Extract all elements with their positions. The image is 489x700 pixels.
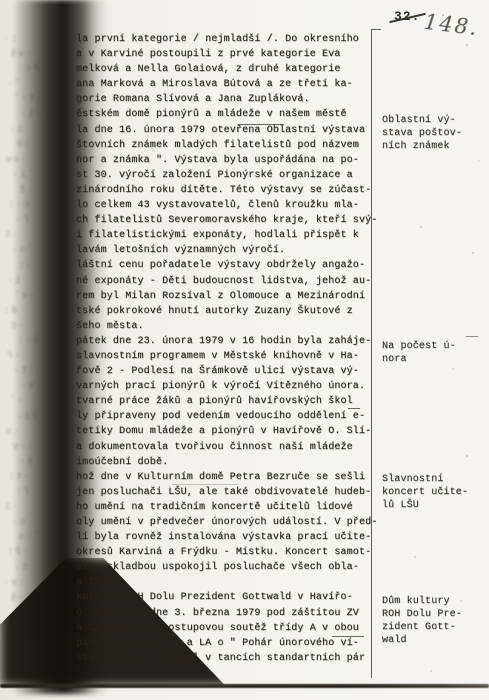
margin-note-culture-house: Dům kultury ROH Dolu Pre- zident Gott- w…	[382, 595, 462, 647]
typewritten-body-text: la první kategorie / nejmladší /. Do okr…	[76, 32, 377, 666]
page-number-handwritten: 148.	[423, 10, 480, 40]
ink-underline-artifact	[332, 636, 364, 637]
faint-underline-artifact	[172, 484, 238, 485]
margin-note-february-honor: Na počest ú- nora	[382, 340, 456, 366]
margin-rule-line	[371, 30, 372, 678]
scanned-chronicle-page: :··všřc:ˇ·t-ˇ·l·š·:ě·ovˇi··žc·:ř··tˇs··:…	[0, 0, 489, 700]
page-bottom-rule	[0, 684, 489, 688]
typed-underscore-artifact	[348, 408, 360, 409]
margin-rule-tick	[371, 29, 381, 30]
margin-note-stamp-exhibition: Oblastní vý- stava poštov- ních známek	[382, 114, 462, 153]
ink-dash-artifact	[466, 336, 478, 337]
scan-noise-speckles	[0, 0, 2, 2]
margin-note-teachers-concert: Slavnostní koncert učite- lů LŠU	[382, 473, 468, 512]
page-number-typed: 32.	[394, 9, 420, 25]
ink-underline-artifact	[238, 124, 284, 125]
